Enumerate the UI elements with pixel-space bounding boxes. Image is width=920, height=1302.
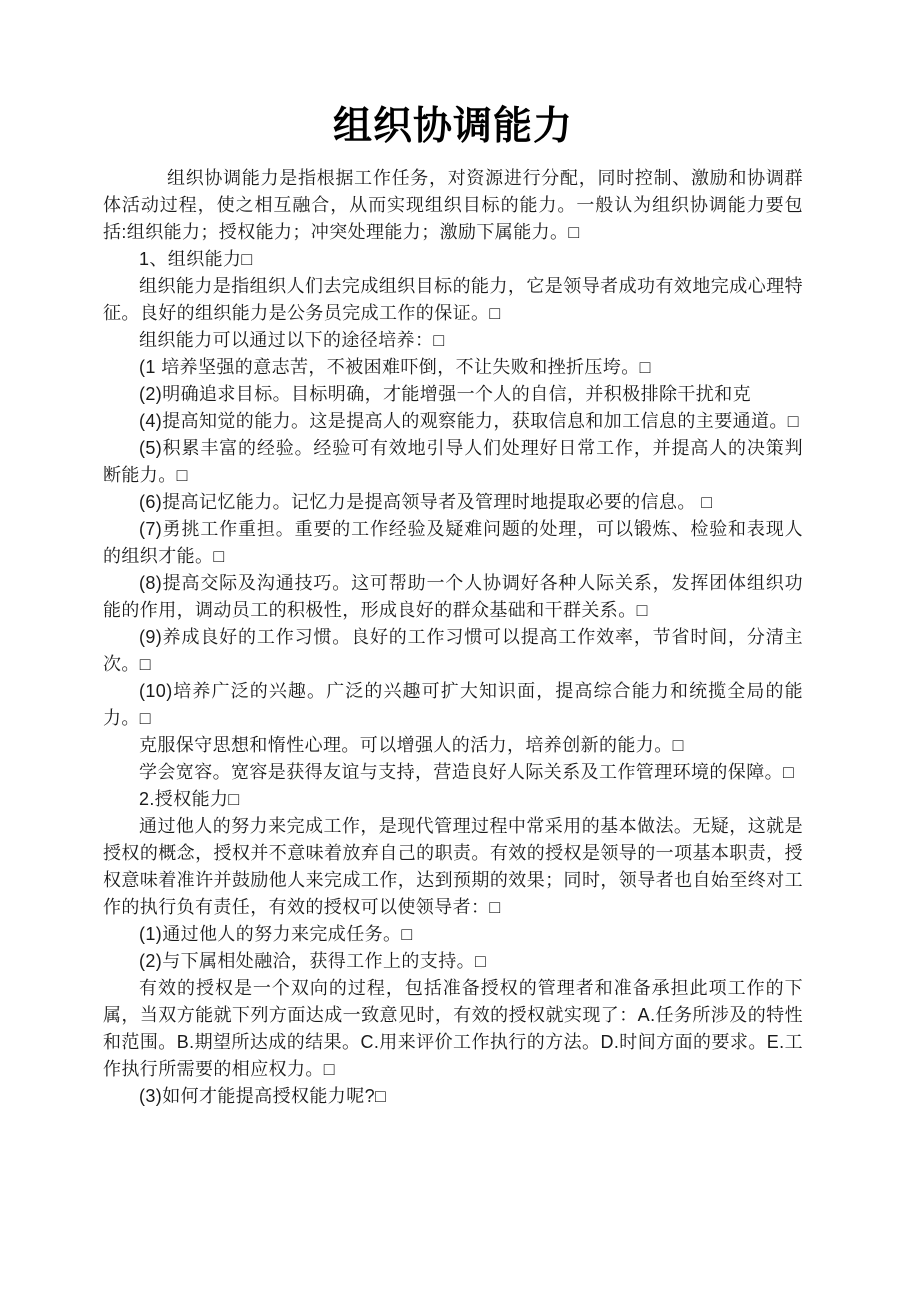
paragraph-overcome-conservatism: 克服保守思想和惰性心理。可以增强人的活力，培养创新的能力。□ [103, 732, 803, 759]
delegation-two-way-paragraph: 有效的授权是一个双向的过程，包括准备授权的管理者和准备承担此项工作的下属，当双方… [103, 975, 803, 1083]
list-item-10: (10)培养广泛的兴趣。广泛的兴趣可扩大知识面，提高综合能力和统揽全局的能力。□ [103, 678, 803, 732]
document-body: 组织协调能力是指根据工作任务，对资源进行分配，同时控制、激励和协调群体活动过程，… [103, 165, 803, 1110]
list-item-9: (9)养成良好的工作习惯。良好的工作习惯可以提高工作效率，节省时间，分清主次。□ [103, 624, 803, 678]
section-2-definition: 通过他人的努力来完成工作，是现代管理过程中常采用的基本做法。无疑，这就是授权的概… [103, 813, 803, 921]
list-item-4: (4)提高知觉的能力。这是提高人的观察能力，获取信息和加工信息的主要通道。□ [103, 408, 803, 435]
list-item-8: (8)提高交际及沟通技巧。这可帮助一个人协调好各种人际关系，发挥团体组织功能的作… [103, 570, 803, 624]
list-item-1: (1 培养坚强的意志苦，不被困难吓倒，不让失败和挫折压垮。□ [103, 354, 803, 381]
delegation-item-1: (1)通过他人的努力来完成任务。□ [103, 921, 803, 948]
list-item-6: (6)提高记忆能力。记忆力是提高领导者及管理时地提取必要的信息。 □ [103, 489, 803, 516]
delegation-item-3-question: (3)如何才能提高授权能力呢?□ [103, 1083, 803, 1110]
paragraph-learn-tolerance: 学会宽容。宽容是获得友谊与支持，营造良好人际关系及工作管理环境的保障。□ [103, 759, 803, 786]
list-item-5: (5)积累丰富的经验。经验可有效地引导人们处理好日常工作，并提高人的决策判断能力… [103, 435, 803, 489]
section-1-lead-in: 组织能力可以通过以下的途径培养：□ [103, 327, 803, 354]
section-1-definition: 组织能力是指组织人们去完成组织目标的能力，它是领导者成功有效地完成心理特征。良好… [103, 273, 803, 327]
document-page: 组织协调能力 组织协调能力是指根据工作任务，对资源进行分配，同时控制、激励和协调… [0, 0, 920, 1302]
delegation-item-2: (2)与下属相处融洽，获得工作上的支持。□ [103, 948, 803, 975]
section-2-heading: 2.授权能力□ [103, 786, 803, 813]
list-item-2: (2)明确追求目标。目标明确，才能增强一个人的自信，并积极排除干扰和克 [103, 381, 803, 408]
list-item-7: (7)勇挑工作重担。重要的工作经验及疑难问题的处理，可以锻炼、检验和表现人的组织… [103, 516, 803, 570]
section-1-heading: 1、组织能力□ [103, 246, 803, 273]
document-title: 组织协调能力 [103, 102, 803, 152]
intro-paragraph: 组织协调能力是指根据工作任务，对资源进行分配，同时控制、激励和协调群体活动过程，… [103, 165, 803, 246]
